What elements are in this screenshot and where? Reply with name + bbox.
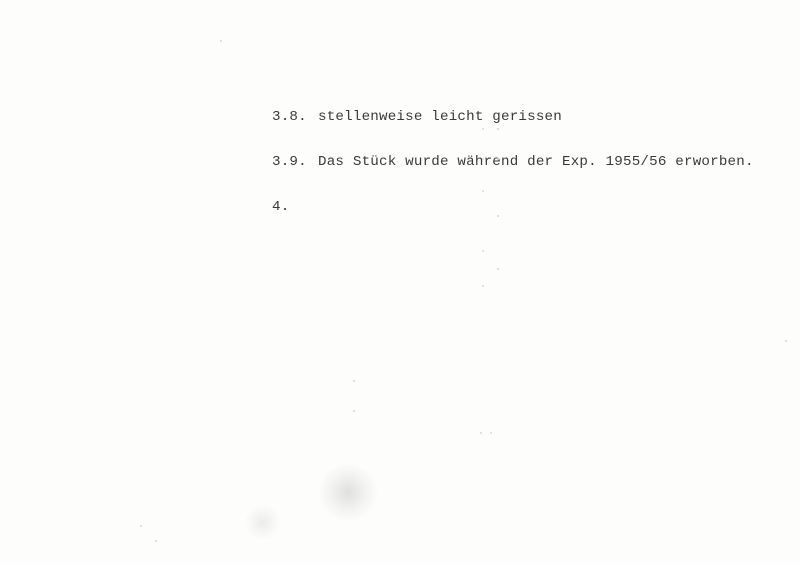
paper-speck: [220, 40, 222, 42]
typed-text-block: 3.8.stellenweise leicht gerissen 3.9.Das…: [272, 80, 754, 245]
paper-speck: [785, 340, 787, 342]
paper-speck: [482, 250, 484, 252]
paper-speck: [480, 432, 482, 434]
entry-number: 4.: [272, 200, 318, 215]
paper-speck: [497, 268, 499, 270]
paper-speck: [497, 215, 499, 217]
entry-line-3-8: 3.8.stellenweise leicht gerissen: [272, 110, 754, 125]
paper-speck: [140, 525, 142, 527]
paper-speck: [497, 158, 499, 160]
entry-line-4: 4.: [272, 200, 754, 215]
entry-number: 3.9.: [272, 155, 318, 170]
paper-speck: [482, 128, 484, 130]
paper-smudge: [318, 465, 378, 520]
paper-speck: [353, 380, 355, 382]
entry-text: Das Stück wurde während der Exp. 1955/56…: [318, 154, 754, 170]
document-page: 3.8.stellenweise leicht gerissen 3.9.Das…: [0, 0, 800, 563]
paper-speck: [482, 190, 484, 192]
paper-speck: [482, 158, 484, 160]
paper-speck: [155, 540, 157, 542]
entry-number: 3.8.: [272, 110, 318, 125]
paper-smudge: [245, 505, 280, 540]
entry-text: stellenweise leicht gerissen: [318, 109, 562, 125]
paper-speck: [353, 410, 355, 412]
paper-speck: [497, 128, 499, 130]
entry-line-3-9: 3.9.Das Stück wurde während der Exp. 195…: [272, 155, 754, 170]
paper-speck: [482, 285, 484, 287]
paper-speck: [490, 432, 492, 434]
